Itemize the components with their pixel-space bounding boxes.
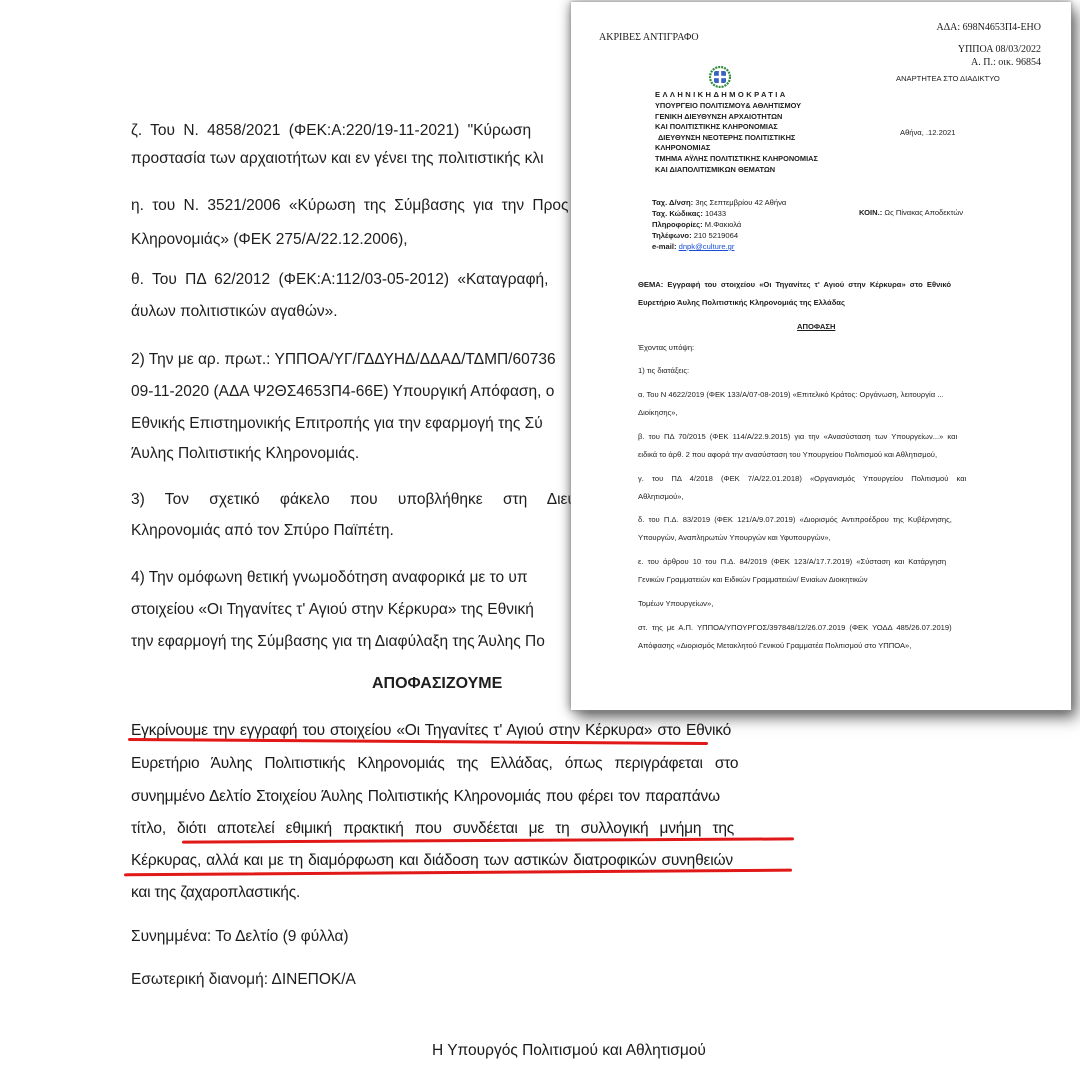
contact-postcode: Ταχ. Κώδικας: 10433 [652, 208, 786, 219]
text-line: Κληρονομιάς» (ΦΕΚ 275/Α/22.12.2006), [131, 230, 408, 250]
header-line: ΤΜΗΜΑ ΑΫΛΗΣ ΠΟΛΙΤΙΣΤΙΚΗΣ ΚΛΗΡΟΝΟΜΙΑΣ [655, 154, 818, 165]
post-online-label: ΑΝΑΡΤΗΤΕΑ ΣΤΟ ΔΙΑΔΙΚΤΥΟ [896, 74, 1000, 83]
text-line: θ. Του ΠΔ 62/2012 (ΦΕΚ:Α:112/03-05-2012)… [131, 270, 548, 290]
header-line: ΚΑΙ ΔΙΑΠΟΛΙΤΙΣΜΙΚΩΝ ΘΕΜΑΤΩΝ [655, 165, 818, 176]
text-line: 4) Την ομόφωνη θετική γνωμοδότηση αναφορ… [131, 568, 528, 588]
ada-code: ΑΔΑ: 698Ν4653Π4-ΕΗΟ [937, 22, 1041, 33]
provision-item: Αθλητισμού», [638, 492, 684, 501]
decision-line: συνημμένο Δελτίο Στοιχείου Άυλης Πολιτισ… [131, 787, 720, 807]
internal-distribution-line: Εσωτερική διανομή: ΔΙΝΕΠΟΚ/Α [131, 970, 356, 990]
republic-title: ΕΛΛΗΝΙΚΗΔΗΜΟΚΡΑΤΙΑ [655, 90, 788, 99]
header-line: ΚΑΙ ΠΟΛΙΤΙΣΤΙΚΗΣ ΚΛΗΡΟΝΟΜΙΑΣ [655, 122, 818, 133]
provision-item: Τομέων Υπουργείων», [638, 599, 713, 608]
contact-address: Ταχ. Δ/νση: 3ης Σεπτεμβρίου 42 Αθήνα [652, 197, 786, 208]
text-line: στοιχείου «Οι Τηγανίτες τ' Αγιού στην Κέ… [131, 600, 534, 620]
provision-item: γ. του ΠΔ 4/2018 (ΦΕΚ 7/Α/22.01.2018) «Ο… [638, 474, 966, 483]
contact-email: e-mail: dnpk@culture.gr [652, 241, 786, 252]
provision-item: στ. της με Α.Π. ΥΠΠΟΑ/ΥΠΟΥΡΓΟΣ/397848/12… [638, 623, 952, 632]
text-line: η. του Ν. 3521/2006 «Κύρωση της Σύμβασης… [131, 196, 568, 216]
greek-coat-of-arms-icon [709, 66, 731, 88]
decision-line: Ευρετήριο Άυλης Πολιτιστικής Κληρονομιάς… [131, 754, 738, 774]
decision-line: Κέρκυρας, αλλά και με τη διαμόρφωση και … [131, 851, 733, 871]
text-line: 2) Την με αρ. πρωτ.: ΥΠΠΟΑ/ΥΓ/ΓΔΔΥΗΔ/ΔΔΑ… [131, 350, 556, 370]
considering-label: Έχοντας υπόψη: [638, 343, 694, 352]
text-line: 09-11-2020 (ΑΔΑ Ψ2ΘΣ4653Π4-66Ε) Υπουργικ… [131, 382, 554, 402]
decision-line: και της ζαχαροπλαστικής. [131, 883, 300, 903]
subject-line: ΘΕΜΑ: Εγγραφή του στοιχείου «Οι Τηγανίτε… [638, 280, 951, 289]
decision-line: τίτλο, διότι αποτελεί εθιμική πρακτική π… [131, 819, 734, 839]
text-line: ζ. Του Ν. 4858/2021 (ΦΕΚ:Α:220/19-11-202… [131, 121, 531, 141]
subject-line: Ευρετήριο Άυλης Πολιτιστικής Κληρονομιάς… [638, 298, 845, 307]
email-link[interactable]: dnpk@culture.gr [679, 242, 735, 251]
header-line: ΥΠΟΥΡΓΕΙΟ ΠΟΛΙΤΙΣΜΟΥ& ΑΘΛΗΤΙΣΜΟΥ [655, 101, 818, 112]
provision-item: Απόφασης «Διορισμός Μετακλητού Γενικού Γ… [638, 641, 911, 650]
text-line: 3) Τον σχετικό φάκελο που υποβλήθηκε στη… [131, 490, 585, 510]
text-line: άυλων πολιτιστικών αγαθών». [131, 302, 338, 322]
provision-item: Διοίκησης», [638, 408, 678, 417]
text-line: Εθνικής Επιστημονικής Επιτροπής για την … [131, 414, 543, 434]
provision-item: Γενικών Γραμματειών και Ειδικών Γραμματε… [638, 575, 868, 584]
foreground-document-page: ΑΚΡΙΒΕΣ ΑΝΤΙΓΡΑΦΟ ΑΔΑ: 698Ν4653Π4-ΕΗΟ ΥΠ… [571, 2, 1071, 710]
yppoa-date: ΥΠΠΟΑ 08/03/2022 [958, 44, 1041, 55]
contact-block: Ταχ. Δ/νση: 3ης Σεπτεμβρίου 42 Αθήνα Ταχ… [652, 197, 786, 252]
place-date: Αθήνα, .12.2021 [900, 128, 955, 137]
text-line: την εφαρμογή της Σύμβασης για τη Διαφύλα… [131, 632, 545, 652]
provision-item: α. Του Ν 4622/2019 (ΦΕΚ 133/Α/07-08-2019… [638, 390, 944, 399]
attachments-line: Συνημμένα: Το Δελτίο (9 φύλλα) [131, 927, 349, 947]
header-line: ΓΕΝΙΚΗ ΔΙΕΥΘΥΝΣΗ ΑΡΧΑΙΟΤΗΤΩΝ [655, 112, 818, 123]
provision-item: Υπουργών, Αναπληρωτών Υπουργών και Υφυπο… [638, 533, 831, 542]
text-line: Άυλης Πολιτιστικής Κληρονομιάς. [131, 444, 359, 464]
provision-item: ε. του άρθρου 10 του Π.Δ. 84/2019 (ΦΕΚ 1… [638, 557, 946, 566]
protocol-number: Α. Π.: οικ. 96854 [971, 57, 1041, 68]
provision-item: ειδικά το άρθ. 2 που αφορά την ανασύστασ… [638, 450, 937, 459]
provisions-label: 1) τις διατάξεις: [638, 366, 689, 375]
decision-heading: ΑΠΟΦΑΣΙΖΟΥΜΕ [372, 675, 502, 693]
signature-title: Η Υπουργός Πολιτισμού και Αθλητισμού [432, 1042, 706, 1060]
text-line: προστασία των αρχαιοτήτων και εν γένει τ… [131, 149, 544, 169]
provision-item: δ. του Π.Δ. 83/2019 (ΦΕΚ 121/Α/9.07.2019… [638, 515, 952, 524]
provision-item: β. του ΠΔ 70/2015 (ΦΕΚ 114/Α/22.9.2015) … [638, 432, 957, 441]
contact-phone: Τηλέφωνο: 210 5219064 [652, 230, 786, 241]
contact-info-person: Πληροφορίες: Μ.Φακιολά [652, 219, 786, 230]
text-line: Κληρονομιάς από τον Σπύρο Παϊπέτη. [131, 521, 394, 541]
koin-recipients: ΚΟΙΝ.: Ως Πίνακας Αποδεκτών [859, 208, 963, 217]
certified-copy-label: ΑΚΡΙΒΕΣ ΑΝΤΙΓΡΑΦΟ [599, 32, 699, 43]
ministry-header: ΥΠΟΥΡΓΕΙΟ ΠΟΛΙΤΙΣΜΟΥ& ΑΘΛΗΤΙΣΜΟΥ ΓΕΝΙΚΗ … [655, 101, 818, 175]
decision-title: ΑΠΟΦΑΣΗ [797, 322, 835, 331]
header-line: ΔΙΕΥΘΥΝΣΗ ΝΕΟΤΕΡΗΣ ΠΟΛΙΤΙΣΤΙΚΗΣ [655, 133, 818, 144]
header-line: ΚΛΗΡΟΝΟΜΙΑΣ [655, 143, 818, 154]
